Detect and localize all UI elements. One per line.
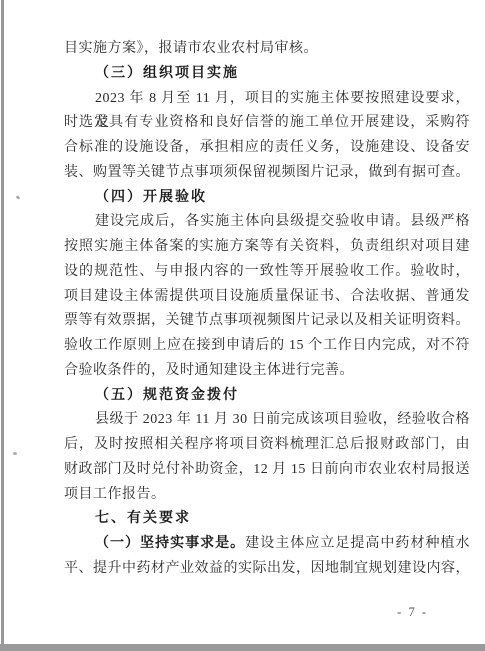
text-line: 平、提升中药材产业效益的实际出发，因地制宜规划建设内容， <box>64 557 470 582</box>
scan-noise-speck <box>16 195 21 200</box>
text-line: 财政部门及时兑付补助资金，12 月 15 日前向市农业农村局报送 <box>64 458 470 483</box>
scanned-document-page: 目实施方案》，报请市农业农村局审核。（三）组织项目实施2023 年 8 月至 1… <box>0 0 485 651</box>
text-line: 项目工作报告。 <box>64 483 470 508</box>
text-line: 按照实施主体备案的实施方案等有关资料，负责组织对项目建 <box>64 235 470 260</box>
page-number: - 7 - <box>397 605 428 620</box>
text-line: 时选定具有专业资格和良好信誉的施工单位开展建设，采购符 <box>64 111 470 136</box>
text-line: 合标准的设施设备，承担相应的责任义务，设施建设、设备安 <box>64 136 470 161</box>
heading-line: （四）开展验收 <box>64 186 470 211</box>
text-line: 2023 年 8 月至 11 月，项目的实施主体要按照建设要求，及 <box>64 87 470 112</box>
text-line: 目实施方案》，报请市农业农村局审核。 <box>64 37 470 62</box>
scan-edge-bottom <box>0 644 485 651</box>
bold-run: （一）坚持实事求是。 <box>95 536 245 551</box>
text-line: 合验收条件的，及时通知建设主体进行完善。 <box>64 359 470 384</box>
heading-line: （三）组织项目实施 <box>64 62 470 87</box>
scan-edge-left <box>1 0 4 651</box>
scan-noise-speck <box>13 452 17 455</box>
text-line: 建设完成后，各实施主体向县级提交验收申请。县级严格 <box>64 210 470 235</box>
text-line: 装、购置等关键节点事项须保留视频图片记录，做到有据可查。 <box>64 161 470 186</box>
text-line: 验收工作原则上应在接到申请后的 15 个工作日内完成，对不符 <box>64 334 470 359</box>
text-line: 票等有效票据，关键节点事项视频图片记录以及相关证明资料。 <box>64 309 470 334</box>
text-run: 建设主体应立足提高中药材种植水 <box>245 536 470 551</box>
text-line: 项目建设主体需提供项目设施质量保证书、合法收据、普通发 <box>64 285 470 310</box>
text-line: （一）坚持实事求是。建设主体应立足提高中药材种植水 <box>64 532 470 557</box>
text-block: 目实施方案》，报请市农业农村局审核。（三）组织项目实施2023 年 8 月至 1… <box>64 37 470 582</box>
heading-line: 七、有关要求 <box>64 507 470 532</box>
text-line: 后，及时按照相关程序将项目资料梳理汇总后报财政部门，由 <box>64 433 470 458</box>
heading-line: （五）规范资金拨付 <box>64 384 470 409</box>
text-line: 县级于 2023 年 11 月 30 日前完成该项目验收，经验收合格 <box>64 408 470 433</box>
text-line: 设的规范性、与申报内容的一致性等开展验收工作。验收时， <box>64 260 470 285</box>
